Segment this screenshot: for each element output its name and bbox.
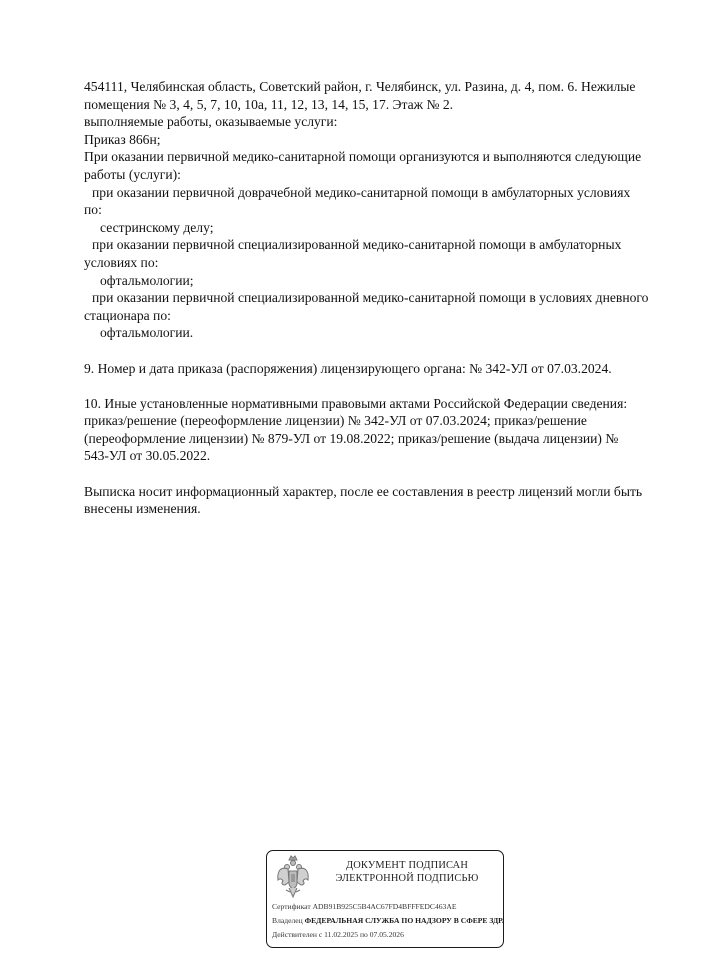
service-group-3-cont: стационара по: bbox=[84, 307, 684, 325]
certificate-row: Сертификат ADB91B925C5B4AC67FD4BFFFEDC46… bbox=[272, 900, 504, 914]
certificate-value: ADB91B925C5B4AC67FD4BFFFEDC463AE bbox=[313, 902, 457, 911]
address-line-2: помещения № 3, 4, 5, 7, 10, 10а, 11, 12,… bbox=[84, 96, 684, 114]
disclaimer-line-1: Выписка носит информационный характер, п… bbox=[84, 483, 684, 501]
stamp-title-line-1: ДОКУМЕНТ ПОДПИСАН bbox=[317, 860, 497, 873]
stamp-title: ДОКУМЕНТ ПОДПИСАН ЭЛЕКТРОННОЙ ПОДПИСЬЮ bbox=[317, 860, 497, 885]
service-group-2: при оказании первичной специализированно… bbox=[84, 236, 684, 254]
service-group-1-cont: по: bbox=[84, 201, 684, 219]
service-group-3: при оказании первичной специализированно… bbox=[84, 289, 684, 307]
disclaimer-line-2: внесены изменения. bbox=[84, 500, 684, 518]
service-group-2-cont: условиях по: bbox=[84, 254, 684, 272]
service-ophthalmology-2: офтальмологии. bbox=[84, 324, 684, 342]
stamp-title-line-2: ЭЛЕКТРОННОЙ ПОДПИСЬЮ bbox=[317, 873, 497, 886]
service-nursing: сестринскому делу; bbox=[84, 219, 684, 237]
validity-row: Действителен с 11.02.2025 по 07.05.2026 bbox=[272, 928, 504, 942]
spacer bbox=[84, 377, 684, 395]
item-9: 9. Номер и дата приказа (распоряжения) л… bbox=[84, 360, 684, 378]
electronic-signature-stamp: ДОКУМЕНТ ПОДПИСАН ЭЛЕКТРОННОЙ ПОДПИСЬЮ С… bbox=[266, 850, 504, 948]
owner-label: Владелец bbox=[272, 916, 303, 925]
services-intro-1: При оказании первичной медико-санитарной… bbox=[84, 148, 684, 166]
valid-from: 11.02.2025 bbox=[324, 930, 358, 939]
spacer bbox=[84, 342, 684, 360]
owner-row: Владелец ФЕДЕРАЛЬНАЯ СЛУЖБА ПО НАДЗОРУ В… bbox=[272, 914, 504, 928]
services-heading: выполняемые работы, оказываемые услуги: bbox=[84, 113, 684, 131]
order-866n: Приказ 866н; bbox=[84, 131, 684, 149]
item-10-line-2: приказ/решение (переоформление лицензии)… bbox=[84, 412, 684, 430]
address-line-1: 454111, Челябинская область, Советский р… bbox=[84, 78, 684, 96]
item-10-line-4: 543-УЛ от 30.05.2022. bbox=[84, 447, 684, 465]
russian-coat-of-arms-icon bbox=[274, 854, 312, 900]
document-body: 454111, Челябинская область, Советский р… bbox=[84, 78, 684, 518]
document-page: 454111, Челябинская область, Советский р… bbox=[0, 0, 721, 960]
valid-to-label: по bbox=[360, 930, 368, 939]
services-intro-2: работы (услуги): bbox=[84, 166, 684, 184]
stamp-details: Сертификат ADB91B925C5B4AC67FD4BFFFEDC46… bbox=[272, 900, 504, 943]
item-10-line-3: (переоформление лицензии) № 879-УЛ от 19… bbox=[84, 430, 684, 448]
valid-to: 07.05.2026 bbox=[370, 930, 404, 939]
spacer bbox=[84, 465, 684, 483]
service-group-1: при оказании первичной доврачебной медик… bbox=[84, 184, 684, 202]
certificate-label: Сертификат bbox=[272, 902, 311, 911]
service-ophthalmology-1: офтальмологии; bbox=[84, 272, 684, 290]
valid-label: Действителен с bbox=[272, 930, 322, 939]
owner-value: ФЕДЕРАЛЬНАЯ СЛУЖБА ПО НАДЗОРУ В СФЕРЕ ЗД… bbox=[305, 916, 504, 925]
item-10-line-1: 10. Иные установленные нормативными прав… bbox=[84, 395, 684, 413]
